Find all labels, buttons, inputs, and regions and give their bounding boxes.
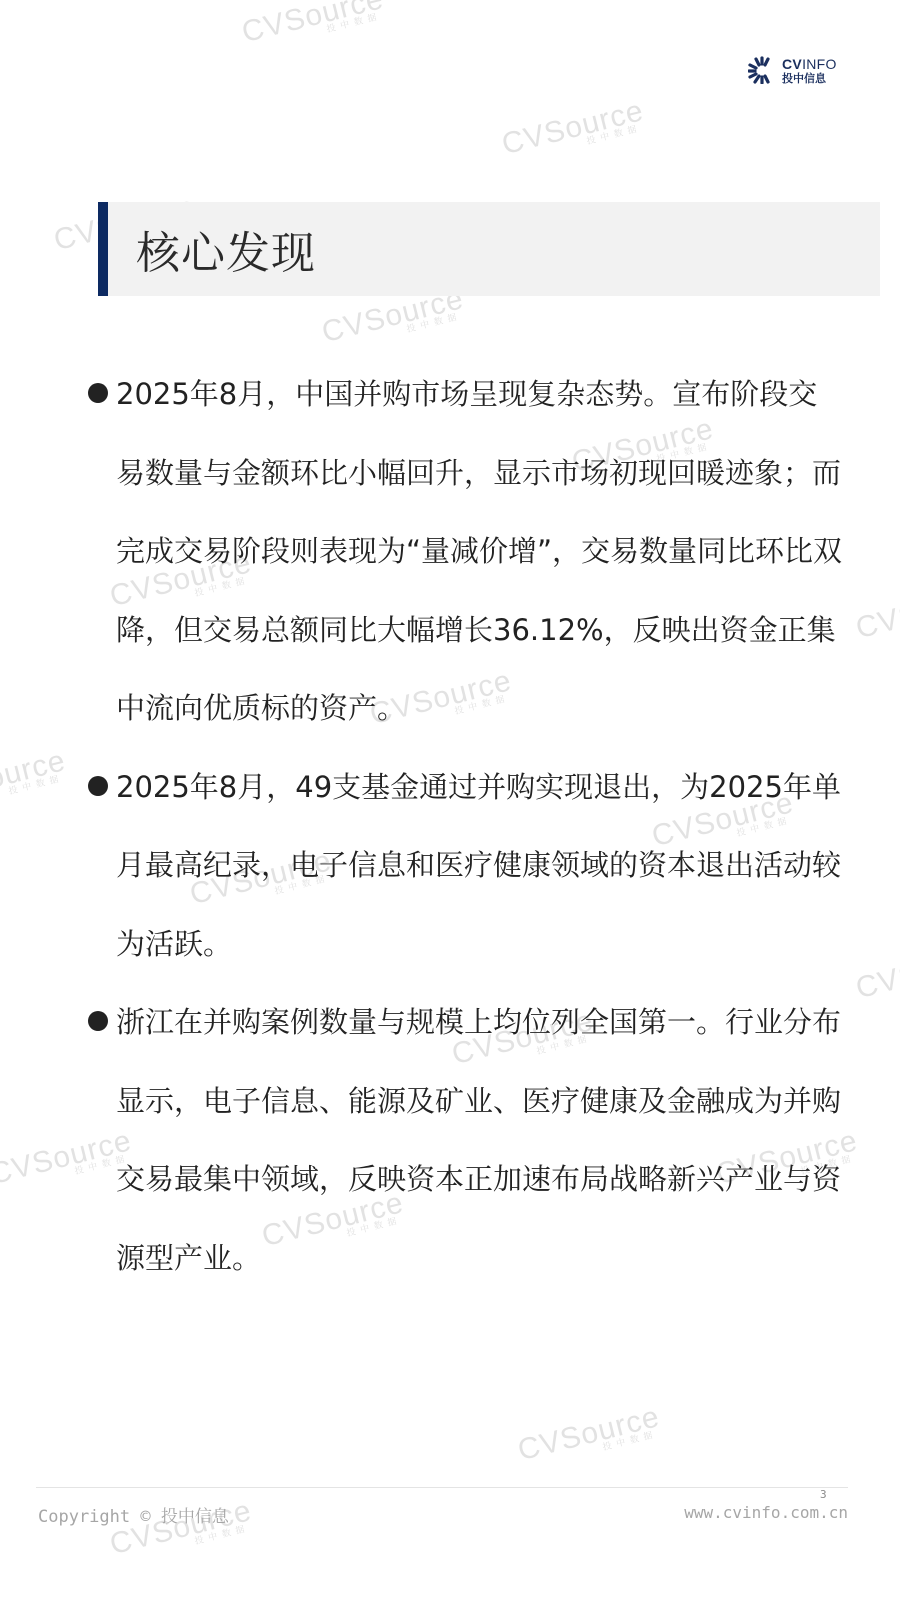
watermark: CVSource 投中数据 — [515, 1402, 664, 1473]
finding-item: 浙江在并购案例数量与规模上均位列全国第一。行业分布显示，电子信息、能源及矿业、医… — [86, 983, 846, 1297]
bullet-dot-icon — [88, 776, 108, 796]
footer-website-link[interactable]: www.cvinfo.com.cn — [684, 1503, 848, 1522]
bullet-dot-icon — [88, 383, 108, 403]
watermark: CVSource 投中数据 — [499, 96, 648, 167]
findings-list: 2025年8月，中国并购市场呈现复杂态势。宣布阶段交易数量与金额环比小幅回升，显… — [86, 355, 846, 1297]
finding-text: 2025年8月，中国并购市场呈现复杂态势。宣布阶段交易数量与金额环比小幅回升，显… — [116, 377, 842, 725]
footer-copyright: Copyright © 投中信息 — [38, 1502, 229, 1527]
logo-brand-en: CVINFO — [782, 57, 837, 71]
footer-divider — [36, 1487, 848, 1488]
cvinfo-logo: CVINFO 投中信息 — [748, 56, 837, 84]
watermark: CVSource 投中数据 — [239, 0, 388, 55]
finding-text: 2025年8月，49支基金通过并购实现退出，为2025年单月最高纪录，电子信息和… — [116, 770, 841, 961]
cvinfo-burst-logo-icon — [748, 56, 776, 84]
logo-brand-cn: 投中信息 — [782, 73, 837, 84]
finding-item: 2025年8月，中国并购市场呈现复杂态势。宣布阶段交易数量与金额环比小幅回升，显… — [86, 355, 846, 748]
bullet-dot-icon — [88, 1011, 108, 1031]
title-accent-bar — [98, 202, 108, 296]
finding-text: 浙江在并购案例数量与规模上均位列全国第一。行业分布显示，电子信息、能源及矿业、医… — [116, 1005, 841, 1275]
page-number: 3 — [820, 1488, 827, 1501]
section-title-bar: 核心发现 — [98, 202, 880, 296]
watermark: CVSource 投中数据 — [0, 746, 70, 817]
watermark: CVSource 投中数据 — [853, 580, 900, 651]
page-title: 核心发现 — [136, 217, 316, 281]
finding-item: 2025年8月，49支基金通过并购实现退出，为2025年单月最高纪录，电子信息和… — [86, 748, 846, 984]
watermark: CVSource 投中数据 — [853, 940, 900, 1011]
